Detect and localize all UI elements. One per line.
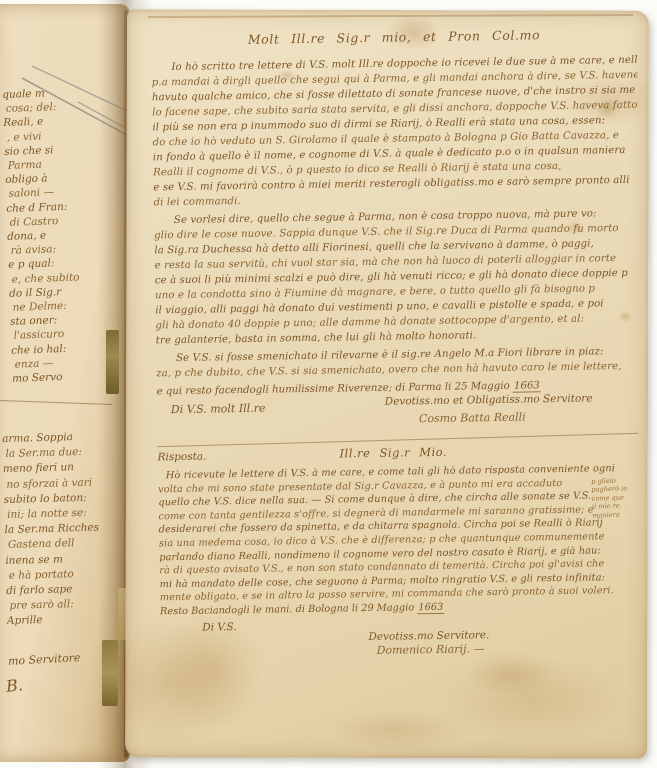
letter1-salutation: Molt Ill.re Sig.r mio, et Pron Col.mo [151,26,637,49]
letter1-paragraph-2: Se vorlesi dire, quello che segue à Parm… [154,206,642,349]
letter1-from: Di V.S. molt Ill.re [171,402,266,416]
manuscript-photo: quale mcosa; del:Reali, e, e vivisio che… [0,0,657,768]
letter2-margin-note: p glielopagherò iocome queil mio re.mani… [591,476,652,520]
letter2-salutation: Ill.re Sig.r Mio. [339,445,447,461]
repair-tape [102,640,118,706]
letter1-dateline-year: 1663 [513,380,541,392]
foxing-stain [465,650,555,696]
letter2-body: Hò ricevute le lettere di V.S. à me care… [158,462,646,606]
letter2-dateline-year: 1663 [417,602,444,614]
repair-tape [106,330,119,394]
letter1-signature: Cosmo Batta Realli [419,411,526,426]
foxing-stain [325,710,465,750]
letter1-valediction: Devotiss.mo et Obligatiss.mo Servitore [385,392,593,407]
letter1-paragraph-3: Se V.S. si fosse smenichato il rilevarne… [156,344,642,382]
page-content: Molt Ill.re Sig.r mio, et Pron Col.mo Io… [151,26,647,660]
letter2-label: Risposta. [157,449,275,463]
left-page-flourish: B. [5,675,24,696]
letter1-paragraph-1: Io hò scritto tre lettere di V.S. molt I… [151,53,639,211]
left-page-rule [0,400,112,405]
manuscript-page: Molt Ill.re Sig.r mio, et Pron Col.mo Io… [125,9,649,758]
page-top-edge [148,14,633,18]
letter2-dateline-text: Resto Baciandogli le mani. di Bologna li… [160,602,414,617]
